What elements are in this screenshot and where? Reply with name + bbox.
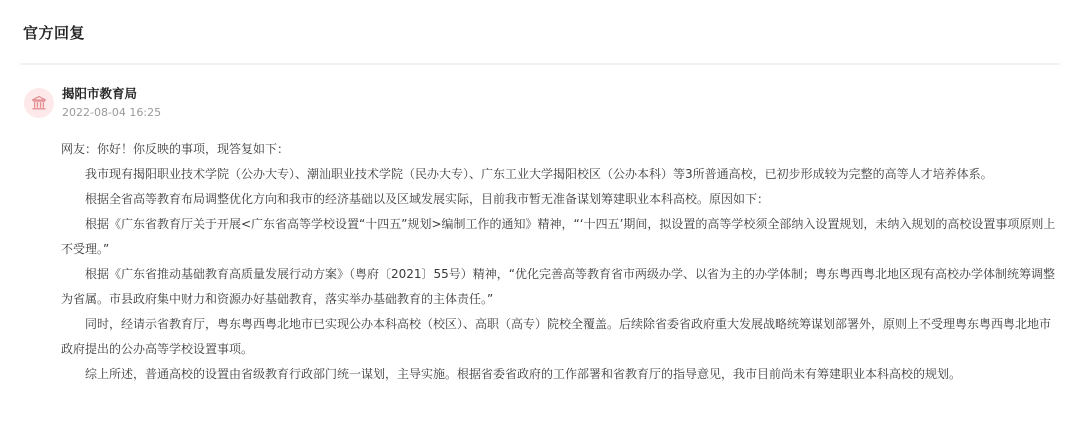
reply-paragraph: 我市现有揭阳职业技术学院（公办大专）、潮汕职业技术学院（民办大专）、广东工业大学… (61, 162, 1061, 187)
section-title: 官方回复 (23, 22, 85, 43)
avatar (24, 88, 54, 118)
author-block: 揭阳市教育局 2022-08-04 16:25 (62, 85, 161, 121)
divider (20, 63, 1060, 65)
author-name: 揭阳市教育局 (62, 85, 161, 103)
reply-greeting: 网友：你好！你反映的事项，现答复如下： (61, 137, 1061, 162)
reply-paragraph: 根据全省高等教育布局调整优化方向和我市的经济基础以及区域发展实际，目前我市暂无准… (61, 187, 1061, 212)
reply-paragraph: 同时，经请示省教育厅，粤东粤西粤北地市已实现公办本科高校（校区）、高职（高专）院… (61, 312, 1061, 362)
reply-paragraph: 根据《广东省教育厅关于开展<广东省高等学校设置“十四五”规划>编制工作的通知》精… (61, 212, 1061, 262)
government-building-icon (31, 95, 47, 111)
reply-content: 网友：你好！你反映的事项，现答复如下： 我市现有揭阳职业技术学院（公办大专）、潮… (61, 137, 1061, 387)
reply-paragraph: 综上所述，普通高校的设置由省级教育行政部门统一谋划，主导实施。根据省委省政府的工… (61, 362, 1061, 387)
reply-paragraph: 根据《广东省推动基础教育高质量发展行动方案》（粤府〔2021〕55号）精神，“优… (61, 262, 1061, 312)
reply-timestamp: 2022-08-04 16:25 (62, 105, 161, 121)
